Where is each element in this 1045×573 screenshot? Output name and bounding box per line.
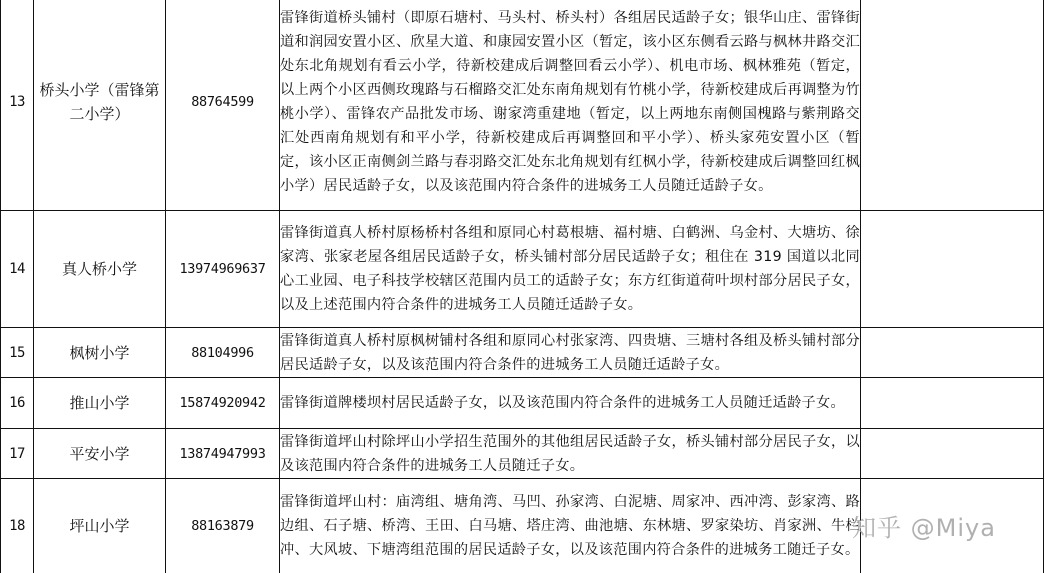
row-number: 13 (1, 0, 34, 211)
note-cell (861, 211, 1044, 328)
phone-number: 13874947993 (166, 429, 280, 479)
note-cell (861, 328, 1044, 378)
school-name: 枫树小学 (34, 328, 166, 378)
school-name: 真人桥小学 (34, 211, 166, 328)
phone-number: 15874920942 (166, 378, 280, 429)
table-row: 17 平安小学 13874947993 雷锋街道坪山村除坪山小学招生范围外的其他… (1, 429, 1044, 479)
table-row: 15 枫树小学 88104996 雷锋街道真人桥村原枫树铺村各组和原同心村张家湾… (1, 328, 1044, 378)
table-row: 18 坪山小学 88163879 雷锋街道坪山村：庙湾组、塘角湾、马凹、孙家湾、… (1, 479, 1044, 573)
school-name: 桥头小学（雷锋第二小学） (34, 0, 166, 211)
enrollment-scope-table: 13 桥头小学（雷锋第二小学） 88764599 雷锋街道桥头铺村（即原石塘村、… (0, 0, 1044, 573)
phone-number: 13974969637 (166, 211, 280, 328)
phone-number: 88163879 (166, 479, 280, 573)
row-number: 17 (1, 429, 34, 479)
row-number: 16 (1, 378, 34, 429)
note-cell (861, 429, 1044, 479)
table-row: 16 推山小学 15874920942 雷锋街道牌楼坝村居民适龄子女，以及该范围… (1, 378, 1044, 429)
school-name: 平安小学 (34, 429, 166, 479)
enrollment-scope: 雷锋街道坪山村：庙湾组、塘角湾、马凹、孙家湾、白泥塘、周家冲、西冲湾、彭家湾、路… (280, 479, 861, 573)
table-row: 14 真人桥小学 13974969637 雷锋街道真人桥村原杨桥村各组和原同心村… (1, 211, 1044, 328)
row-number: 15 (1, 328, 34, 378)
enrollment-scope: 雷锋街道真人桥村原枫树铺村各组和原同心村张家湾、四贵塘、三塘村各组及桥头铺村部分… (280, 328, 861, 378)
note-cell (861, 0, 1044, 211)
phone-number: 88764599 (166, 0, 280, 211)
enrollment-scope: 雷锋街道桥头铺村（即原石塘村、马头村、桥头村）各组居民适龄子女；银华山庄、雷锋街… (280, 0, 861, 211)
note-cell (861, 378, 1044, 429)
school-name: 坪山小学 (34, 479, 166, 573)
phone-number: 88104996 (166, 328, 280, 378)
school-name: 推山小学 (34, 378, 166, 429)
table-row: 13 桥头小学（雷锋第二小学） 88764599 雷锋街道桥头铺村（即原石塘村、… (1, 0, 1044, 211)
row-number: 18 (1, 479, 34, 573)
enrollment-scope: 雷锋街道真人桥村原杨桥村各组和原同心村葛根塘、福村塘、白鹤洲、乌金村、大塘坊、徐… (280, 211, 861, 328)
enrollment-scope: 雷锋街道牌楼坝村居民适龄子女，以及该范围内符合条件的进城务工人员随迁适龄子女。 (280, 378, 861, 429)
enrollment-scope: 雷锋街道坪山村除坪山小学招生范围外的其他组居民适龄子女，桥头铺村部分居民子女，以… (280, 429, 861, 479)
note-cell (861, 479, 1044, 573)
row-number: 14 (1, 211, 34, 328)
